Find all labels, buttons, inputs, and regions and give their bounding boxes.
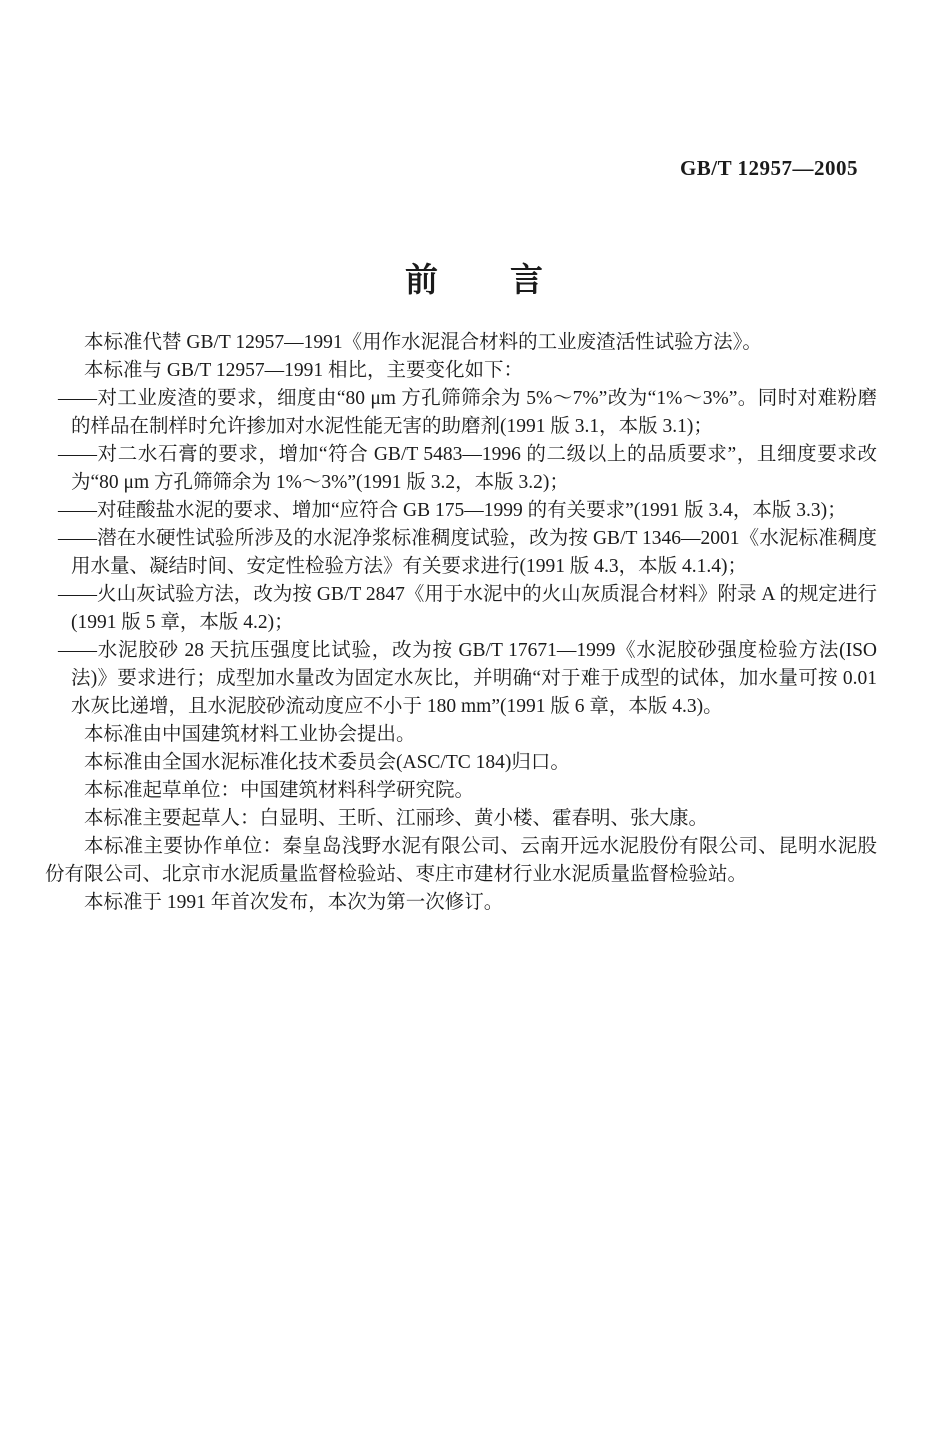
paragraph: 本标准由全国水泥标准化技术委员会(ASC/TC 184)归口。 [45,749,877,777]
paragraph: 本标准主要协作单位：秦皇岛浅野水泥有限公司、云南开远水泥股份有限公司、昆明水泥股… [45,833,877,889]
page-title: 前 言 [0,254,950,301]
document-page: GB/T 12957—2005 前 言 本标准代替 GB/T 12957—199… [0,0,950,1435]
change-list-item: ——潜在水硬性试验所涉及的水泥净浆标准稠度试验，改为按 GB/T 1346—20… [45,525,877,581]
paragraph: 本标准于 1991 年首次发布，本次为第一次修订。 [45,889,877,917]
change-list-item: ——对硅酸盐水泥的要求、增加“应符合 GB 175—1999 的有关要求”(19… [45,497,877,525]
standard-code: GB/T 12957—2005 [680,156,858,181]
paragraph: 本标准代替 GB/T 12957—1991《用作水泥混合材料的工业废渣活性试验方… [45,329,877,357]
paragraph: 本标准由中国建筑材料工业协会提出。 [45,721,877,749]
change-list-item: ——对工业废渣的要求，细度由“80 μm 方孔筛筛余为 5%～7%”改为“1%～… [45,385,877,441]
paragraph: 本标准主要起草人：白显明、王昕、江丽珍、黄小楼、霍春明、张大康。 [45,805,877,833]
paragraph: 本标准起草单位：中国建筑材料科学研究院。 [45,777,877,805]
change-list-item: ——火山灰试验方法，改为按 GB/T 2847《用于水泥中的火山灰质混合材料》附… [45,581,877,637]
body-paragraphs: 本标准代替 GB/T 12957—1991《用作水泥混合材料的工业废渣活性试验方… [45,329,877,917]
paragraph: 本标准与 GB/T 12957—1991 相比，主要变化如下： [45,357,877,385]
change-list-item: ——水泥胶砂 28 天抗压强度比试验，改为按 GB/T 17671—1999《水… [45,637,877,721]
change-list-item: ——对二水石膏的要求，增加“符合 GB/T 5483—1996 的二级以上的品质… [45,441,877,497]
